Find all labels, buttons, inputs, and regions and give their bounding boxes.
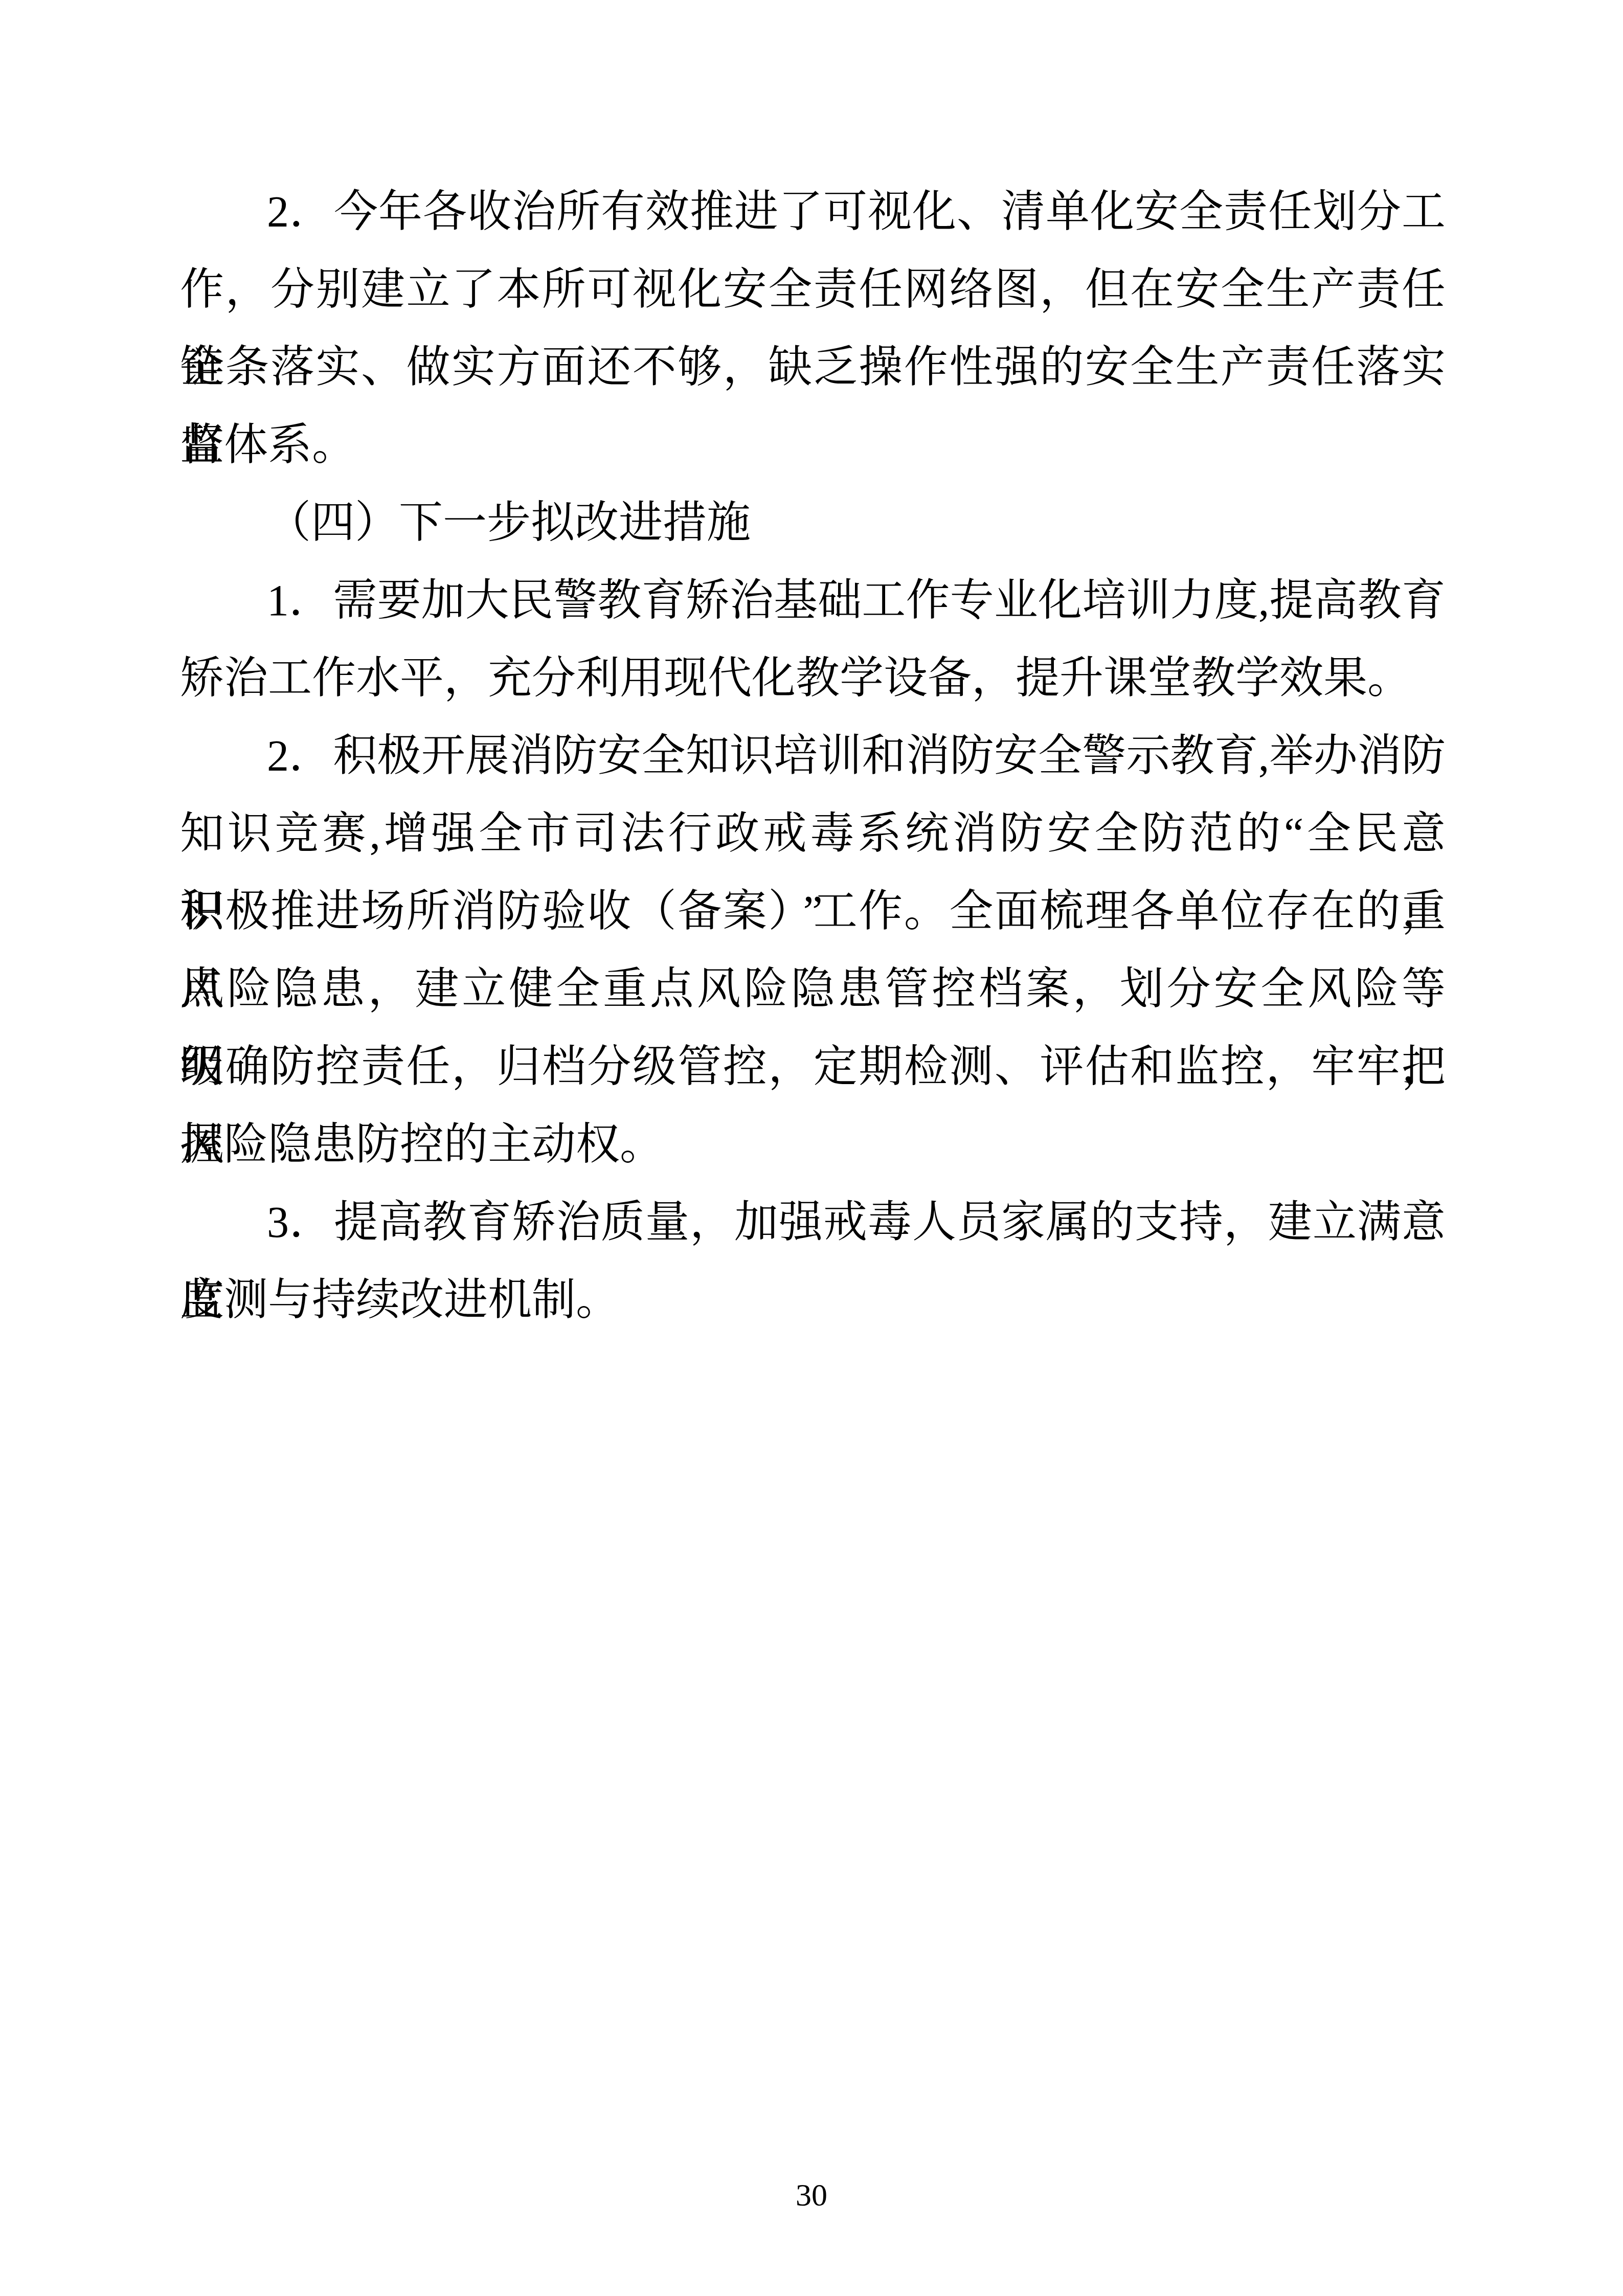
text-line-2: 作，分别建立了本所可视化安全责任网络图，但在安全生产责任全	[180, 251, 1446, 328]
text-line-12: 明确防控责任，归档分级管控，定期检测、评估和监控，牢牢把握	[180, 1028, 1446, 1106]
text-line-13: 风险隐患防控的主动权。	[180, 1106, 1446, 1183]
text-line-4: 督体系。	[180, 406, 1446, 484]
text-line-6: 1．需要加大民警教育矫治基础工作专业化培训力度,提高教育	[180, 561, 1446, 639]
text-line-10: 积极推进场所消防验收（备案）工作。全面梳理各单位存在的重点	[180, 872, 1446, 950]
text-line-11: 风险隐患，建立健全重点风险隐患管控档案，划分安全风险等级，	[180, 950, 1446, 1028]
document-page: 2．今年各收治所有效推进了可视化、清单化安全责任划分工作，分别建立了本所可视化安…	[0, 0, 1623, 2296]
text-line-8: 2．积极开展消防安全知识培训和消防安全警示教育,举办消防	[180, 717, 1446, 795]
text-line-1: 2．今年各收治所有效推进了可视化、清单化安全责任划分工	[180, 173, 1446, 251]
text-line-9: 知识竞赛,增强全市司法行政戒毒系统消防安全防范的“全民意识”，	[180, 795, 1446, 872]
text-line-14: 3．提高教育矫治质量，加强戒毒人员家属的支持，建立满意度	[180, 1183, 1446, 1261]
text-line-7: 矫治工作水平，充分利用现代化教学设备，提升课堂教学效果。	[180, 639, 1446, 717]
document-body: 2．今年各收治所有效推进了可视化、清单化安全责任划分工作，分别建立了本所可视化安…	[180, 173, 1446, 1339]
text-line-15: 监测与持续改进机制。	[180, 1261, 1446, 1339]
text-line-3: 链条落实、做实方面还不够，缺乏操作性强的安全生产责任落实监	[180, 328, 1446, 406]
page-number: 30	[0, 2177, 1623, 2213]
text-line-5: （四）下一步拟改进措施	[180, 484, 1446, 561]
